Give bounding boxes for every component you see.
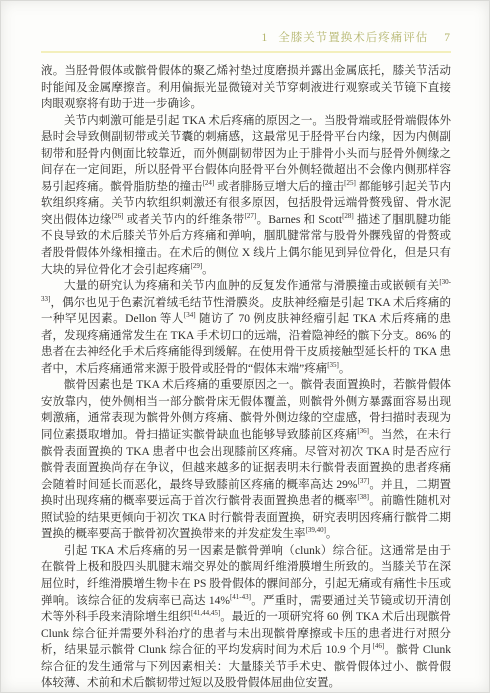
page-number: 7 <box>444 32 451 44</box>
reference-superscript: [28] <box>342 212 354 220</box>
reference-superscript: [36] <box>357 427 369 435</box>
reference-superscript: [26] <box>112 212 124 220</box>
header-rule <box>41 51 451 53</box>
chapter-title: 全膝关节置换术后疼痛评估 <box>278 29 428 45</box>
paragraph: 关节内刺激可能是引起 TKA 术后疼痛的原因之一。当股骨端或胫骨端假体外悬时会导… <box>41 113 451 278</box>
reference-superscript: [37] <box>357 477 369 485</box>
reference-superscript: [39,40] <box>306 526 326 534</box>
book-page: 1 全膝关节置换术后疼痛评估 7 液。当胫骨假体或髌骨假体的聚乙烯衬垫过度磨损并… <box>0 0 490 693</box>
reference-superscript: [27] <box>245 212 257 220</box>
reference-superscript: [34] <box>184 311 196 319</box>
reference-superscript: [38] <box>357 493 369 501</box>
reference-superscript: [35] <box>327 361 339 369</box>
chapter-number: 1 <box>262 32 269 44</box>
paragraph: 液。当胫骨假体或髌骨假体的聚乙烯衬垫过度磨损并露出金属底托，膝关节活动时能闻及金… <box>41 63 451 113</box>
paragraph: 髌骨因素也是 TKA 术后疼痛的重要原因之一。髌骨表面置换时，若髌骨假体安放靠内… <box>41 377 451 542</box>
paragraph: 大量的研究认为疼痛和关节内血肿的反复发作通常与滑膜撞击或嵌顿有关[30-33]，… <box>41 278 451 377</box>
running-head: 1 全膝关节置换术后疼痛评估 7 <box>41 29 451 45</box>
page-body: 液。当胫骨假体或髌骨假体的聚乙烯衬垫过度磨损并露出金属底托，膝关节活动时能闻及金… <box>41 63 451 692</box>
paragraph: 引起 TKA 术后疼痛的另一因素是髌骨弹响（clunk）综合征。这通常是由于在髌… <box>41 543 451 692</box>
reference-superscript: [30-33] <box>41 278 451 303</box>
reference-superscript: [41,44,45] <box>191 609 220 617</box>
reference-superscript: [25] <box>344 179 356 187</box>
reference-superscript: [29] <box>191 262 203 270</box>
reference-superscript: [46] <box>372 642 384 650</box>
reference-superscript: [24] <box>203 179 215 187</box>
reference-superscript: [41-43] <box>230 593 251 601</box>
